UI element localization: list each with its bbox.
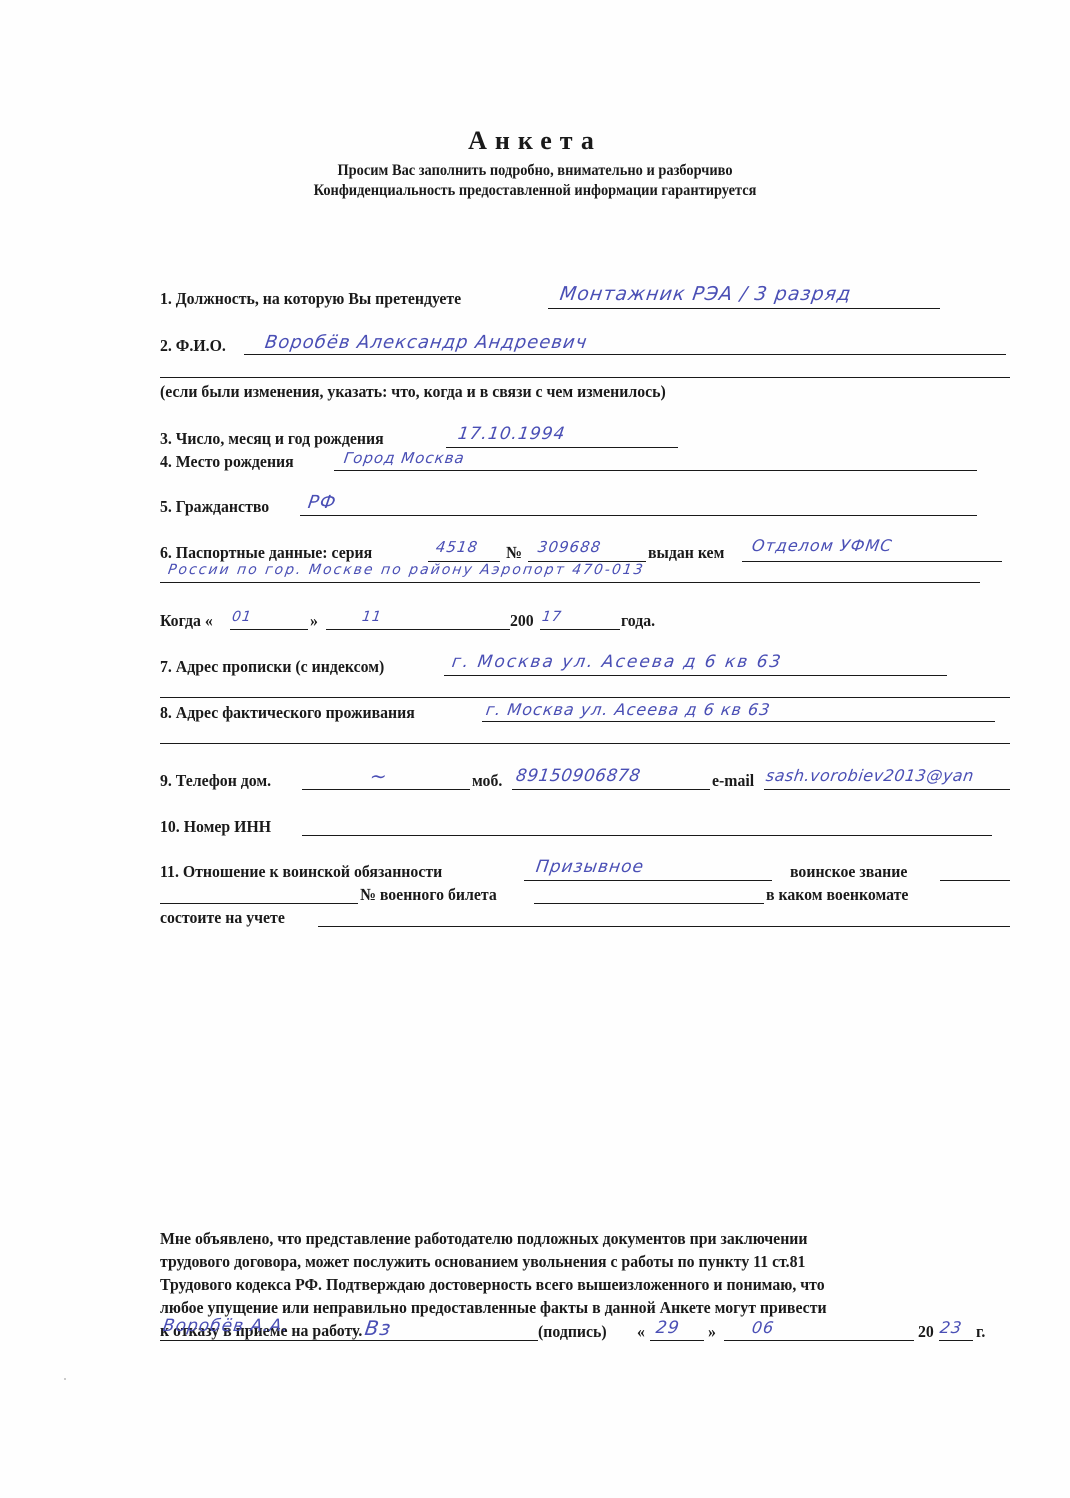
passport-close-quote: »: [310, 611, 318, 631]
passport-issued-by-value-1[interactable]: Отделом УФМС: [751, 536, 894, 555]
passport-when-label: Когда «: [160, 611, 213, 631]
home-phone-line: [302, 789, 470, 790]
passport-number-label: №: [506, 543, 522, 563]
military-label: 11. Отношение к воинской обязанности: [160, 862, 442, 882]
signature-month[interactable]: 06: [751, 1318, 776, 1337]
mobile-phone-label: моб.: [472, 771, 502, 791]
signature-month-line: [724, 1340, 914, 1341]
signature-year-label: г.: [976, 1322, 985, 1342]
scan-speck: [64, 1378, 66, 1380]
passport-year-line: [540, 629, 620, 630]
position-label: 1. Должность, на которую Вы претендуете: [160, 289, 461, 309]
inn-line[interactable]: [302, 835, 992, 836]
passport-number-value[interactable]: 309688: [537, 538, 603, 556]
passport-issued-by-label: выдан кем: [648, 543, 724, 563]
military-rank-line-2[interactable]: [160, 903, 358, 904]
signature-label: (подпись): [538, 1322, 607, 1342]
signature-line[interactable]: [160, 1340, 538, 1341]
email-line: [764, 789, 1010, 790]
fio-value[interactable]: Воробёв Александр Андреевич: [264, 332, 589, 353]
birth-place-label: 4. Место рождения: [160, 452, 294, 472]
birth-place-field-line: [334, 470, 977, 471]
passport-month-value[interactable]: 11: [361, 609, 383, 625]
passport-year-prefix: 200: [510, 611, 534, 631]
signature-year-line: [939, 1340, 973, 1341]
inn-label: 10. Номер ИНН: [160, 817, 271, 837]
fio-extra-line: [160, 377, 1010, 378]
military-office-line[interactable]: [318, 926, 1010, 927]
birth-date-label: 3. Число, месяц и год рождения: [160, 429, 384, 449]
mobile-phone-value[interactable]: 89150906878: [515, 766, 642, 786]
registration-address-line: [444, 675, 947, 676]
declaration-line: трудового договора, может послужить осно…: [160, 1250, 997, 1273]
home-phone-value[interactable]: ~: [368, 764, 389, 788]
fio-label: 2. Ф.И.О.: [160, 336, 226, 356]
fio-change-note: (если были изменения, указать: что, когд…: [160, 382, 666, 402]
questionnaire-page: Анкета Просим Вас заполнить подробно, вн…: [0, 0, 1070, 1498]
citizenship-label: 5. Гражданство: [160, 497, 269, 517]
position-field-line: [548, 308, 940, 309]
signature-open-quote: «: [637, 1322, 645, 1342]
birth-date-field-line: [446, 447, 678, 448]
birth-place-value[interactable]: Город Москва: [343, 449, 466, 467]
signature-year-prefix: 20: [918, 1322, 934, 1342]
passport-issued-by-line: [742, 561, 1002, 562]
passport-month-line: [326, 629, 510, 630]
passport-issued-by-line-2: [160, 582, 980, 583]
registration-address-value[interactable]: г. Москва ул. Асеева д 6 кв 63: [451, 652, 784, 672]
home-phone-label: 9. Телефон дом.: [160, 771, 271, 791]
passport-year-label: года.: [621, 611, 655, 631]
signature-mark: Вз: [363, 1316, 393, 1340]
signature-year[interactable]: 23: [939, 1318, 964, 1337]
mobile-phone-line: [512, 789, 710, 790]
page-title: Анкета: [0, 126, 1070, 156]
passport-year-value[interactable]: 17: [541, 609, 563, 625]
confidentiality-text: Конфиденциальность предоставленной инфор…: [54, 182, 1017, 200]
actual-address-line-2: [160, 743, 1010, 744]
actual-address-line: [482, 721, 995, 722]
email-value[interactable]: sash.vorobiev2013@yan: [765, 766, 976, 785]
declaration-line: Трудового кодекса РФ. Подтверждаю достов…: [160, 1273, 997, 1296]
actual-address-value[interactable]: г. Москва ул. Асеева д 6 кв 63: [485, 700, 772, 719]
passport-issued-by-value-2[interactable]: России по гор. Москве по району Аэропорт…: [167, 562, 646, 578]
military-status-value[interactable]: Призывное: [535, 857, 646, 877]
signature-day[interactable]: 29: [655, 1318, 681, 1338]
instruction-text: Просим Вас заполнить подробно, вниматель…: [54, 162, 1017, 180]
passport-label: 6. Паспортные данные: серия: [160, 543, 372, 563]
military-office-label: в каком военкомате: [766, 885, 908, 905]
signature-close-quote: »: [708, 1322, 716, 1342]
declaration-line: Мне объявлено, что представление работод…: [160, 1227, 997, 1250]
military-rank-line[interactable]: [940, 880, 1010, 881]
military-rank-label: воинское звание: [790, 862, 907, 882]
military-ticket-label: № военного билета: [360, 885, 497, 905]
military-ticket-line[interactable]: [534, 903, 764, 904]
registration-address-label: 7. Адрес прописки (с индексом): [160, 657, 384, 677]
signature-name: Воробёв А.А.: [162, 1316, 290, 1336]
citizenship-field-line: [300, 515, 977, 516]
registration-address-line-2: [160, 697, 1010, 698]
passport-day-line: [230, 629, 308, 630]
email-label: e-mail: [712, 771, 754, 791]
fio-field-line: [244, 354, 1006, 355]
citizenship-value[interactable]: РФ: [307, 492, 338, 513]
military-registered-label: состоите на учете: [160, 908, 285, 928]
passport-day-value[interactable]: 01: [231, 609, 253, 625]
military-status-line: [524, 880, 772, 881]
birth-date-value[interactable]: 17.10.1994: [457, 424, 567, 444]
signature-day-line: [650, 1340, 704, 1341]
actual-address-label: 8. Адрес фактического проживания: [160, 703, 415, 723]
passport-series-value[interactable]: 4518: [435, 538, 480, 556]
position-value[interactable]: Монтажник РЭА / 3 разряд: [558, 283, 852, 305]
